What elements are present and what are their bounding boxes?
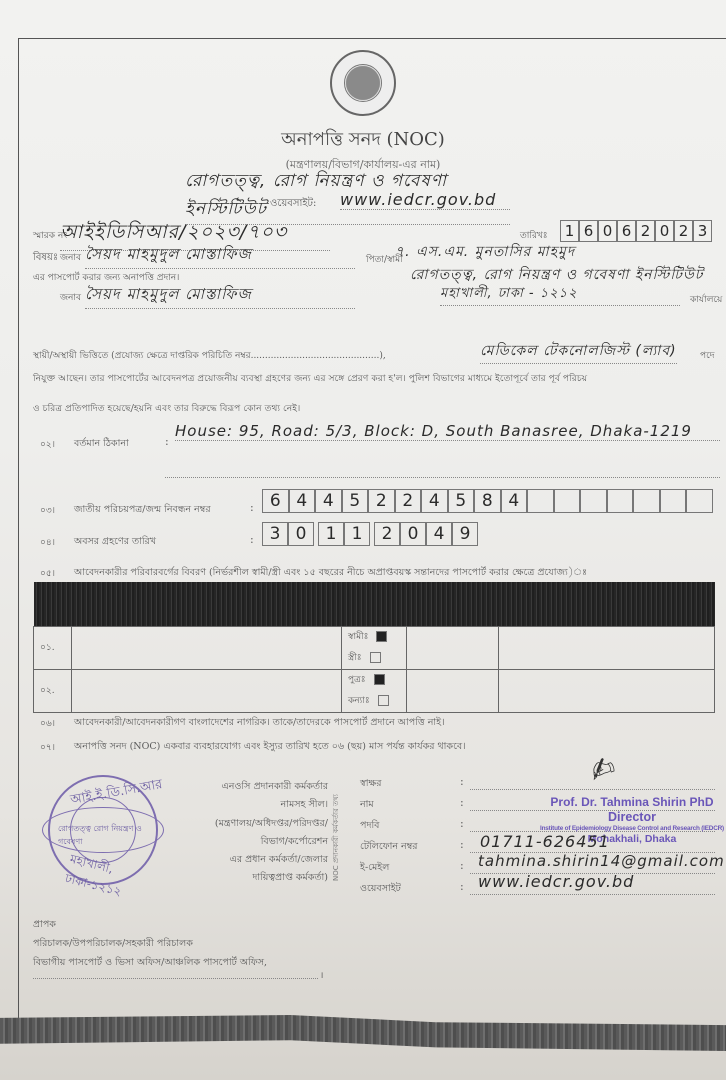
designation-suffix: পদে — [700, 348, 714, 363]
nid-digit-box: 4 — [421, 489, 448, 513]
declaration-6-number: ০৬। — [40, 716, 55, 731]
authority-row-label: ই-মেইল — [360, 861, 389, 876]
row-name — [72, 626, 342, 669]
email-value: tahmina.shirin14@gmail.com — [478, 852, 725, 870]
website-value: www.iedcr.gov.bd — [340, 190, 510, 210]
date-digit-box: 2 — [636, 220, 655, 242]
nid-digit-box: 5 — [448, 489, 475, 513]
retirement-year: 2049 — [374, 522, 478, 546]
stamp-name: Prof. Dr. Tahmina Shirin PhD — [532, 795, 726, 809]
date-digit-box: 6 — [579, 220, 598, 242]
subject-label: বিষয়ঃ — [33, 250, 58, 267]
address-value: House: 95, Road: 5/3, Block: D, South Ba… — [175, 422, 720, 441]
authority-description: এনওসি প্রদানকারী কর্মকর্তারনামসহ সীল।(মন… — [200, 778, 328, 888]
declaration-7-text: অনাপত্তি সনদ (NOC) একবার ব্যবহারযোগ্য এব… — [74, 740, 466, 755]
authority-row-label: নাম — [360, 798, 374, 813]
retirement-month-digit-box: 1 — [318, 522, 344, 546]
relation-checkbox[interactable] — [374, 674, 385, 685]
retirement-day: 30 — [262, 522, 314, 546]
family-label: আবেদনকারীর পরিবারবর্গের বিবরণ (নির্ভরশীল… — [74, 566, 724, 581]
nid-number: ০৩। — [40, 503, 55, 518]
nid-colon: : — [250, 501, 254, 514]
family-table-row: ০১.স্বামীঃস্ত্রীঃ — [34, 626, 715, 669]
permanent-line: স্থায়ী/অস্থায়ী ভিত্তিতে (প্রযোজ্য ক্ষে… — [33, 348, 386, 363]
row-name — [72, 669, 342, 712]
row-serial: ০১. — [34, 626, 72, 669]
office-suffix: কার্যালয়ে — [690, 292, 722, 307]
authority-row-colon: : — [460, 817, 464, 830]
authority-description-line: নামসহ সীল। — [200, 796, 328, 814]
address-line-2 — [165, 477, 720, 478]
nid-digit-box: 2 — [395, 489, 422, 513]
row-relation: পুত্রঃকন্যাঃ — [342, 669, 407, 712]
nid-digit-box — [554, 489, 581, 513]
nid-digit-box — [580, 489, 607, 513]
applicant-name-2: সৈয়দ মাহমুদুল মোস্তাফিজ — [85, 283, 355, 309]
recipient-label: প্রাপক — [33, 915, 267, 934]
body-paragraph-2: ও চরিত্র প্রতিপাদিত হয়েছে/হয়নি এবং তার… — [33, 401, 300, 416]
retirement-day-digit-box: 3 — [262, 522, 288, 546]
stamp-institute: Institute of Epidemiology Disease Contro… — [532, 825, 726, 832]
authority-description-line: (মন্ত্রণালয়/অধিদপ্তর/পরিদপ্তর/ — [200, 815, 328, 833]
nid-label: জাতীয় পরিচয়পত্র/জন্ম নিবন্ধন নম্বর — [74, 503, 211, 518]
nid-digit-box: 5 — [342, 489, 369, 513]
declaration-6-text: আবেদনকারী/আবেদনকারীগণ বাংলাদেশের নাগরিক।… — [74, 716, 445, 731]
relation-checkbox[interactable] — [378, 695, 389, 706]
authority-description-line: এর প্রধান কর্মকর্তা/জেলার — [200, 851, 328, 869]
family-table-header — [34, 582, 715, 626]
nid-boxes: 6445224584 — [262, 489, 713, 513]
government-emblem — [330, 50, 396, 116]
nid-digit-box — [660, 489, 687, 513]
designation: মেডিকেল টেকনোলজিস্ট (ল্যাব) — [480, 339, 677, 364]
office-address: মহাখালী, ঢাকা - ১২১২ — [440, 284, 680, 306]
body-paragraph-1: নিযুক্ত আছেন। তার পাসপোর্টের আবেদনপত্র প… — [33, 371, 723, 386]
relation-label: স্ত্রীঃ — [348, 653, 362, 663]
website-label: ওয়েবসাইট: — [270, 196, 316, 213]
recipient-line-1: পরিচালক/উপপরিচালক/সহকারী পরিচালক — [33, 934, 267, 953]
authority-row-label: ওয়েবসাইট — [360, 882, 401, 897]
address-label: বর্তমান ঠিকানা — [74, 437, 129, 452]
retirement-year-digit-box: 9 — [452, 522, 478, 546]
nid-digit-box — [686, 489, 713, 513]
row-serial: ০২. — [34, 669, 72, 712]
family-number: ০৫। — [40, 566, 55, 581]
nid-digit-box — [607, 489, 634, 513]
date-digit-box: 0 — [598, 220, 617, 242]
nid-digit-box: 8 — [474, 489, 501, 513]
applicant-name: সৈয়দ মাহমুদুল মোস্তাফিজ — [85, 243, 355, 269]
blacked-out-header — [34, 582, 715, 626]
retirement-date-boxes: 30 11 2049 — [262, 522, 478, 546]
date-digit-box: 1 — [560, 220, 579, 242]
nid-digit-box — [633, 489, 660, 513]
row-col5 — [499, 626, 715, 669]
nid-digit-box: 4 — [315, 489, 342, 513]
date-digit-box: 2 — [674, 220, 693, 242]
document-title: অনাপত্তি সনদ (NOC) — [0, 125, 726, 156]
official-seal: আই.ই.ডি.সি.আর রোগতত্ত্ব রোগ নিয়ন্ত্রণ ও… — [48, 775, 158, 885]
family-table: ০১.স্বামীঃস্ত্রীঃ০২.পুত্রঃকন্যাঃ — [33, 582, 715, 713]
date-digit-box: 0 — [655, 220, 674, 242]
row-col5 — [499, 669, 715, 712]
authority-row: স্বাক্ষর: — [360, 773, 720, 794]
retirement-year-digit-box: 0 — [400, 522, 426, 546]
date-boxes: 16062023 — [560, 220, 712, 242]
recipient-block: প্রাপক পরিচালক/উপপরিচালক/সহকারী পরিচালক … — [33, 915, 267, 972]
telephone-value: 01711-626451 — [480, 832, 610, 851]
retirement-day-digit-box: 0 — [288, 522, 314, 546]
seal-middle-text: রোগতত্ত্ব রোগ নিয়ন্ত্রণ ও গবেষণা — [58, 823, 156, 849]
authority-row-label: পদবি — [360, 819, 379, 834]
nid-digit-box: 2 — [368, 489, 395, 513]
address-number: ০২। — [40, 437, 55, 452]
authority-description-line: এনওসি প্রদানকারী কর্মকর্তার — [200, 778, 328, 796]
retirement-month: 11 — [318, 522, 370, 546]
date-digit-box: 3 — [693, 220, 712, 242]
row-col4 — [407, 626, 499, 669]
authority-row-colon: : — [460, 880, 464, 893]
authority-description-line: দায়িত্বপ্রাপ্ত কর্মকর্তা) — [200, 869, 328, 887]
retirement-year-digit-box: 4 — [426, 522, 452, 546]
row-relation: স্বামীঃস্ত্রীঃ — [342, 626, 407, 669]
date-digit-box: 6 — [617, 220, 636, 242]
relation-checkbox[interactable] — [370, 652, 381, 663]
stamp-title: Director — [532, 810, 726, 824]
relation-label: স্বামীঃ — [348, 632, 368, 642]
janab-label: জনাব — [60, 250, 81, 265]
recipient-line-2: বিভাগীয় পাসপোর্ট ও ভিসা অফিস/আঞ্চলিক পা… — [33, 953, 267, 972]
relation-label: কন্যাঃ — [348, 696, 370, 706]
authority-row-label: টেলিফোন নম্বর — [360, 840, 418, 855]
noc-officer-vertical-label: NOC প্রদানকারী কর্মকর্তার তথ্য — [330, 778, 344, 898]
recipient-line-3-suffix: । — [320, 968, 323, 981]
father-name: ৭. এস.এম. মুনতাসির মাহমুদ — [395, 240, 720, 264]
nid-digit-box — [527, 489, 554, 513]
authority-row-colon: : — [460, 775, 464, 788]
retirement-year-digit-box: 2 — [374, 522, 400, 546]
recipient-line-3 — [33, 978, 318, 979]
nid-digit-box: 4 — [289, 489, 316, 513]
authority-row-colon: : — [460, 859, 464, 872]
retirement-number: ০৪। — [40, 535, 55, 550]
retirement-month-digit-box: 1 — [344, 522, 370, 546]
relation-checkbox[interactable] — [376, 631, 387, 642]
declaration-7-number: ০৭। — [40, 740, 55, 755]
janab-label-2: জনাব — [60, 290, 81, 305]
authority-row-label: স্বাক্ষর — [360, 777, 381, 792]
authority-website-value: www.iedcr.gov.bd — [478, 872, 634, 891]
relation-label: পুত্রঃ — [348, 675, 366, 685]
row-col4 — [407, 669, 499, 712]
authority-row-colon: : — [460, 796, 464, 809]
retirement-label: অবসর গ্রহণের তারিখ — [74, 535, 156, 550]
address-colon: : — [165, 435, 169, 448]
retirement-colon: : — [250, 533, 254, 546]
nid-digit-box: 6 — [262, 489, 289, 513]
authority-description-line: বিভাগ/কর্পোরেশন — [200, 833, 328, 851]
authority-row-colon: : — [460, 838, 464, 851]
nid-digit-box: 4 — [501, 489, 528, 513]
family-table-row: ০২.পুত্রঃকন্যাঃ — [34, 669, 715, 712]
